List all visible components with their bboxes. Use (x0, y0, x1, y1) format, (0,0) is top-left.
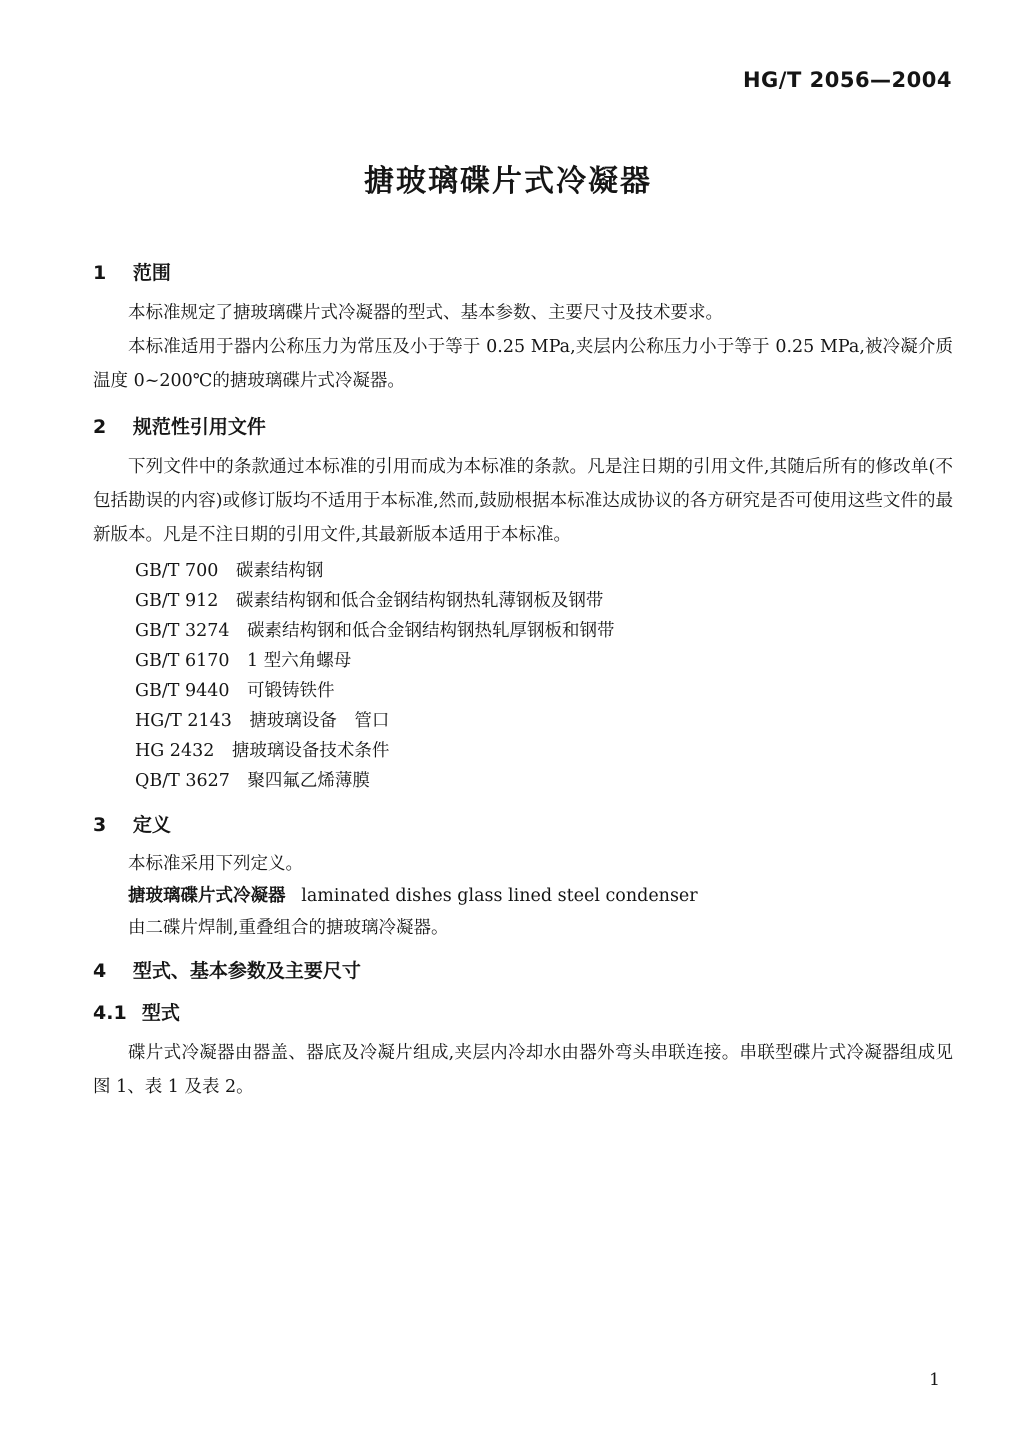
reference-title: 聚四氟乙烯薄膜 (247, 771, 370, 791)
reference-title: 1 型六角螺母 (247, 651, 351, 671)
section-1-heading: 1范围 (93, 262, 953, 284)
section-2-number: 2 (93, 416, 106, 438)
reference-item: GB/T 9440可锻铸铁件 (135, 676, 953, 706)
document-content: 1范围 本标准规定了搪玻璃碟片式冷凝器的型式、基本参数、主要尺寸及技术要求。 本… (93, 248, 953, 1104)
reference-code: GB/T 912 (135, 591, 218, 611)
section-3-title: 定义 (133, 814, 171, 836)
reference-title: 碳素结构钢和低合金钢结构钢热轧薄钢板及钢带 (236, 591, 604, 611)
section-1-paragraph-2: 本标准适用于器内公称压力为常压及小于等于 0.25 MPa,夹层内公称压力小于等… (93, 330, 953, 398)
reference-item: QB/T 3627聚四氟乙烯薄膜 (135, 766, 953, 796)
section-3-paragraph-2: 由二碟片焊制,重叠组合的搪玻璃冷凝器。 (93, 912, 953, 944)
section-4-title: 型式、基本参数及主要尺寸 (133, 960, 361, 982)
section-2-heading: 2规范性引用文件 (93, 416, 953, 438)
reference-code: GB/T 3274 (135, 621, 230, 641)
reference-title: 碳素结构钢和低合金钢结构钢热轧厚钢板和钢带 (247, 621, 615, 641)
reference-code: QB/T 3627 (135, 771, 230, 791)
section-3-body: 本标准采用下列定义。 搪玻璃碟片式冷凝器laminated dishes gla… (93, 848, 953, 944)
reference-code: HG 2432 (135, 741, 214, 761)
references-list: GB/T 700碳素结构钢 GB/T 912碳素结构钢和低合金钢结构钢热轧薄钢板… (93, 556, 953, 796)
reference-title: 搪玻璃设备技术条件 (232, 741, 390, 761)
reference-code: GB/T 700 (135, 561, 218, 581)
reference-title: 可锻铸铁件 (247, 681, 335, 701)
term-english: laminated dishes glass lined steel conde… (301, 886, 697, 906)
section-3-paragraph-1: 本标准采用下列定义。 (93, 848, 953, 880)
reference-code: GB/T 9440 (135, 681, 230, 701)
reference-title: 碳素结构钢 (236, 561, 324, 581)
reference-item: GB/T 912碳素结构钢和低合金钢结构钢热轧薄钢板及钢带 (135, 586, 953, 616)
reference-item: GB/T 700碳素结构钢 (135, 556, 953, 586)
section-4-1-number: 4.1 (93, 1002, 127, 1024)
section-4-1-title: 型式 (142, 1002, 180, 1024)
reference-item: HG 2432搪玻璃设备技术条件 (135, 736, 953, 766)
section-3-term-line: 搪玻璃碟片式冷凝器laminated dishes glass lined st… (93, 880, 953, 912)
section-1-title: 范围 (133, 262, 171, 284)
section-4-1-heading: 4.1型式 (93, 1002, 953, 1024)
section-2-paragraph-1: 下列文件中的条款通过本标准的引用而成为本标准的条款。凡是注日期的引用文件,其随后… (93, 450, 953, 552)
section-1-paragraph-1: 本标准规定了搪玻璃碟片式冷凝器的型式、基本参数、主要尺寸及技术要求。 (93, 296, 953, 330)
reference-code: GB/T 6170 (135, 651, 230, 671)
document-title: 搪玻璃碟片式冷凝器 (0, 156, 1016, 200)
reference-code: HG/T 2143 (135, 711, 232, 731)
reference-title: 搪玻璃设备 管口 (249, 711, 389, 731)
section-3-heading: 3定义 (93, 814, 953, 836)
section-1-number: 1 (93, 262, 106, 284)
reference-item: GB/T 61701 型六角螺母 (135, 646, 953, 676)
reference-item: HG/T 2143搪玻璃设备 管口 (135, 706, 953, 736)
standard-code: HG/T 2056—2004 (743, 68, 952, 92)
document-page: HG/T 2056—2004 搪玻璃碟片式冷凝器 1范围 本标准规定了搪玻璃碟片… (0, 0, 1016, 1438)
section-2-title: 规范性引用文件 (133, 416, 266, 438)
section-4-heading: 4型式、基本参数及主要尺寸 (93, 960, 953, 982)
section-4-number: 4 (93, 960, 106, 982)
term-chinese: 搪玻璃碟片式冷凝器 (128, 886, 286, 906)
page-number: 1 (929, 1370, 940, 1390)
section-4-1-paragraph-1: 碟片式冷凝器由器盖、器底及冷凝片组成,夹层内冷却水由器外弯头串联连接。串联型碟片… (93, 1036, 953, 1104)
section-3-number: 3 (93, 814, 106, 836)
reference-item: GB/T 3274碳素结构钢和低合金钢结构钢热轧厚钢板和钢带 (135, 616, 953, 646)
